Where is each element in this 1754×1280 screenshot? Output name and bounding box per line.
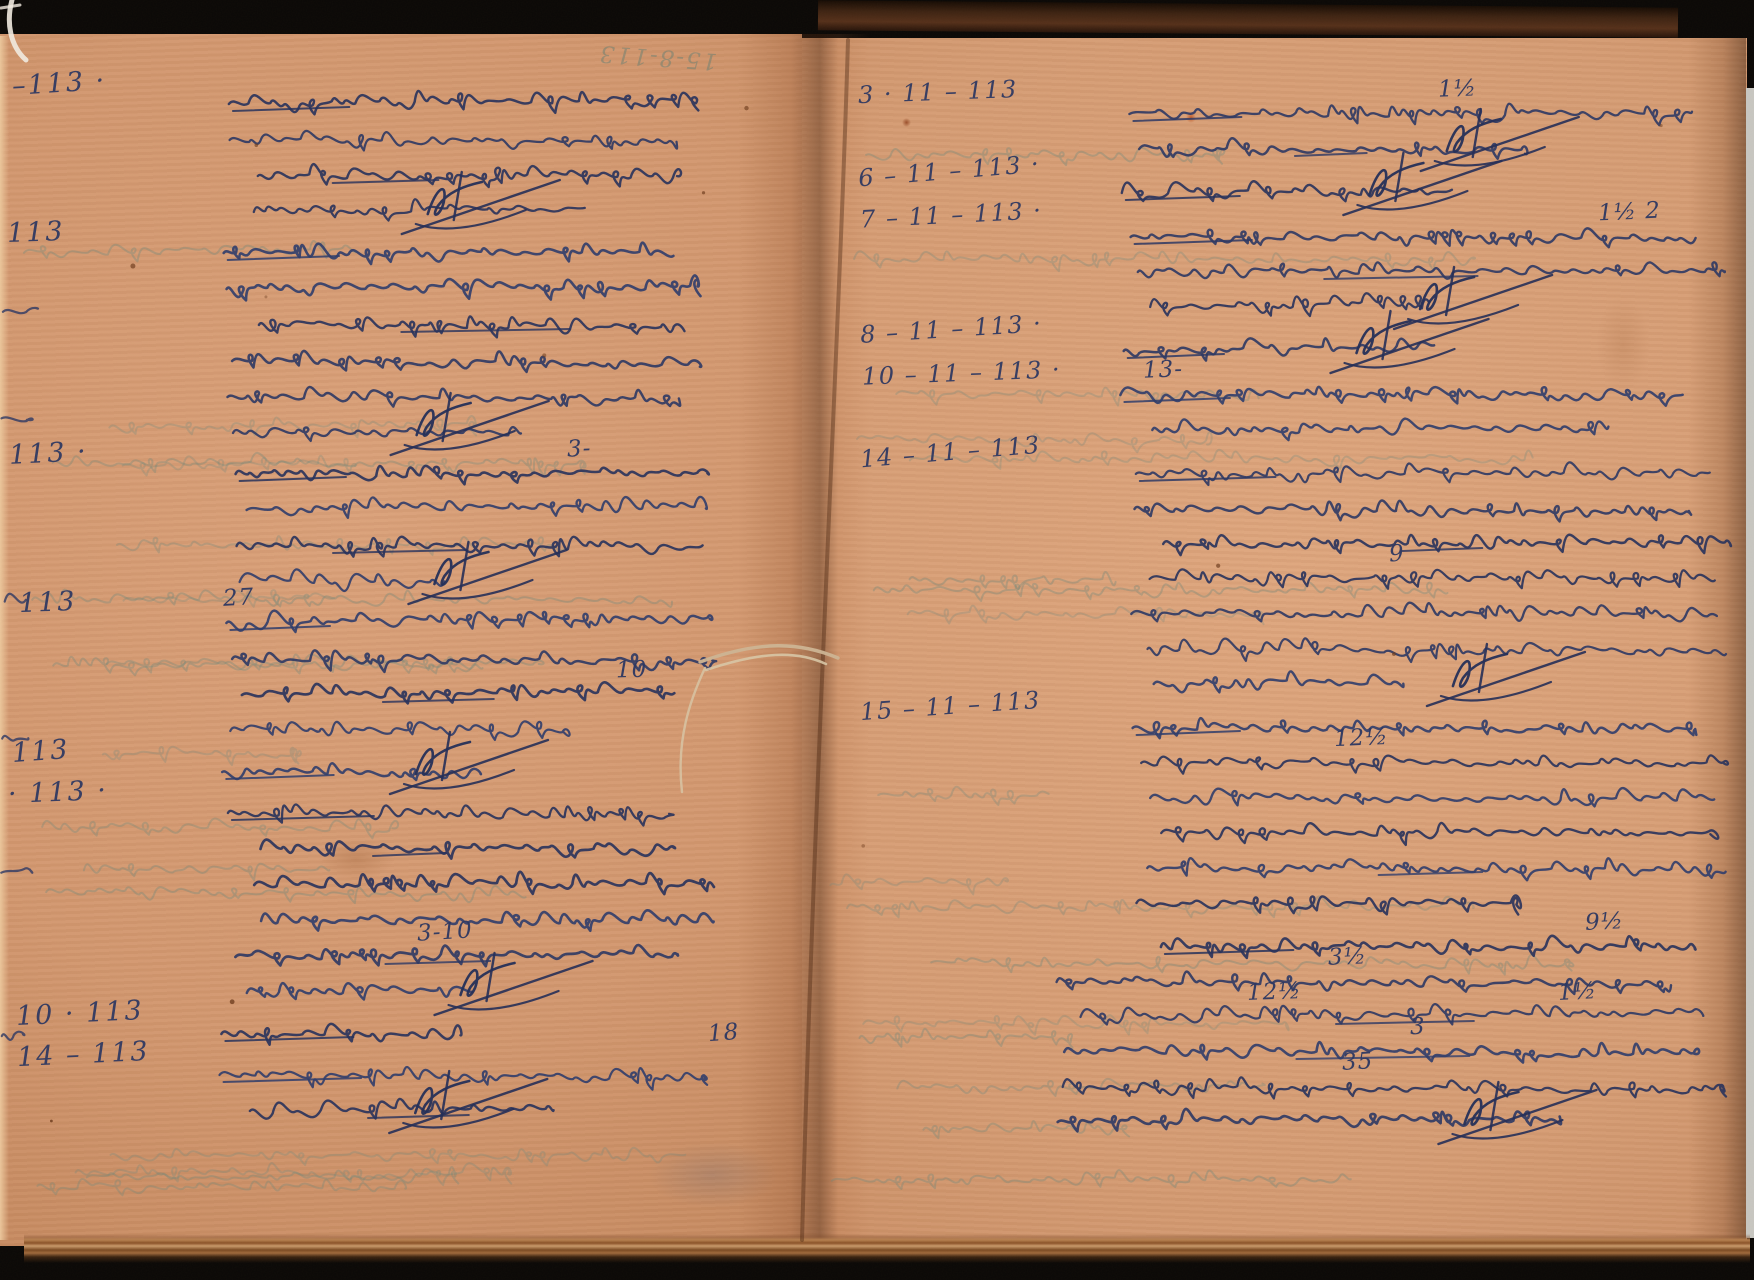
scanned-notebook-spread: –113 ·113113 ·3-1132710113· 113 ·3-1010 … [0,0,1754,1280]
handwriting-layer [0,0,1754,1280]
paper-grain [0,30,1754,1246]
